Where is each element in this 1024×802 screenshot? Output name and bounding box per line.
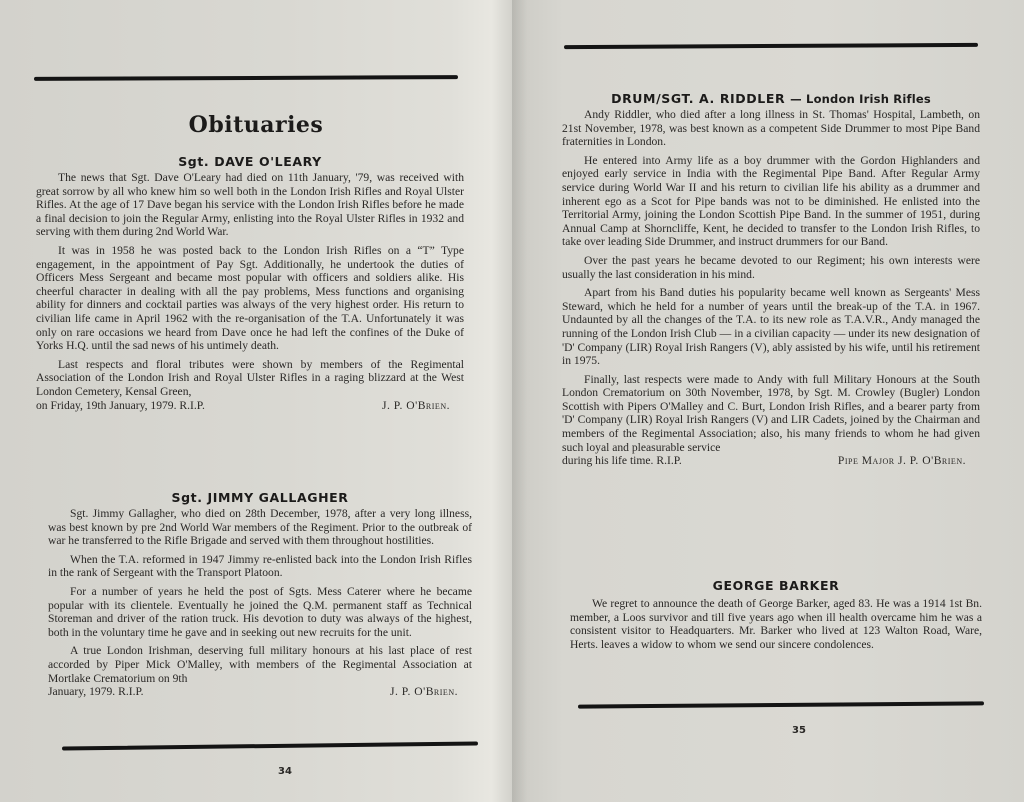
page-title: Obituaries	[0, 112, 512, 138]
paragraph: Sgt. Jimmy Gallagher, who died on 28th D…	[48, 507, 472, 548]
obituary-heading: Sgt. JIMMY GALLAGHER	[48, 490, 472, 505]
closing-text: January, 1979. R.I.P.	[48, 685, 144, 698]
closing-line: January, 1979. R.I.P. J. P. O'Brien.	[48, 685, 472, 698]
obituary-jimmy-gallagher: Sgt. JIMMY GALLAGHER Sgt. Jimmy Gallaghe…	[48, 490, 472, 698]
signature: J. P. O'Brien.	[382, 399, 450, 412]
paragraph: Andy Riddler, who died after a long illn…	[562, 108, 980, 149]
paragraph: Finally, last respects were made to Andy…	[562, 373, 980, 455]
paragraph: When the T.A. reformed in 1947 Jimmy re-…	[48, 553, 472, 580]
paragraph: The news that Sgt. Dave O'Leary had died…	[36, 171, 464, 239]
paragraph: He entered into Army life as a boy drumm…	[562, 154, 980, 249]
obituary-a-riddler: DRUM/SGT. A. RIDDLER — London Irish Rifl…	[562, 91, 980, 467]
signature: Pipe Major J. P. O'Brien.	[838, 454, 966, 467]
obituary-heading: GEORGE BARKER	[570, 578, 982, 593]
paragraph: For a number of years he held the post o…	[48, 585, 472, 639]
paragraph: It was in 1958 he was posted back to the…	[36, 244, 464, 353]
top-rule	[34, 75, 458, 81]
page-number: 34	[278, 766, 292, 777]
closing-text: during his life time. R.I.P.	[562, 454, 682, 467]
closing-line: during his life time. R.I.P. Pipe Major …	[562, 454, 980, 467]
paragraph: Over the past years he became devoted to…	[562, 254, 980, 281]
obituary-dave-oleary: Sgt. DAVE O'LEARY The news that Sgt. Dav…	[36, 154, 464, 412]
bottom-rule	[578, 701, 984, 708]
top-rule	[564, 43, 978, 49]
heading-unit: — London Irish Rifles	[790, 92, 931, 106]
closing-line: on Friday, 19th January, 1979. R.I.P. J.…	[36, 399, 464, 412]
obituary-heading: Sgt. DAVE O'LEARY	[36, 154, 464, 169]
obituary-george-barker: GEORGE BARKER We regret to announce the …	[570, 578, 982, 656]
page-number: 35	[792, 725, 806, 736]
paragraph: Last respects and floral tributes were s…	[36, 358, 464, 399]
paragraph: A true London Irishman, deserving full m…	[48, 644, 472, 685]
paragraph: We regret to announce the death of Georg…	[570, 597, 982, 651]
closing-text: on Friday, 19th January, 1979. R.I.P.	[36, 399, 205, 412]
signature: J. P. O'Brien.	[390, 685, 458, 698]
bottom-rule	[62, 741, 478, 750]
right-page: DRUM/SGT. A. RIDDLER — London Irish Rifl…	[512, 0, 1024, 802]
paragraph: Apart from his Band duties his popularit…	[562, 286, 980, 368]
obituary-heading: DRUM/SGT. A. RIDDLER — London Irish Rifl…	[562, 91, 980, 106]
heading-name: DRUM/SGT. A. RIDDLER	[611, 91, 785, 106]
left-page: Obituaries Sgt. DAVE O'LEARY The news th…	[0, 0, 512, 802]
